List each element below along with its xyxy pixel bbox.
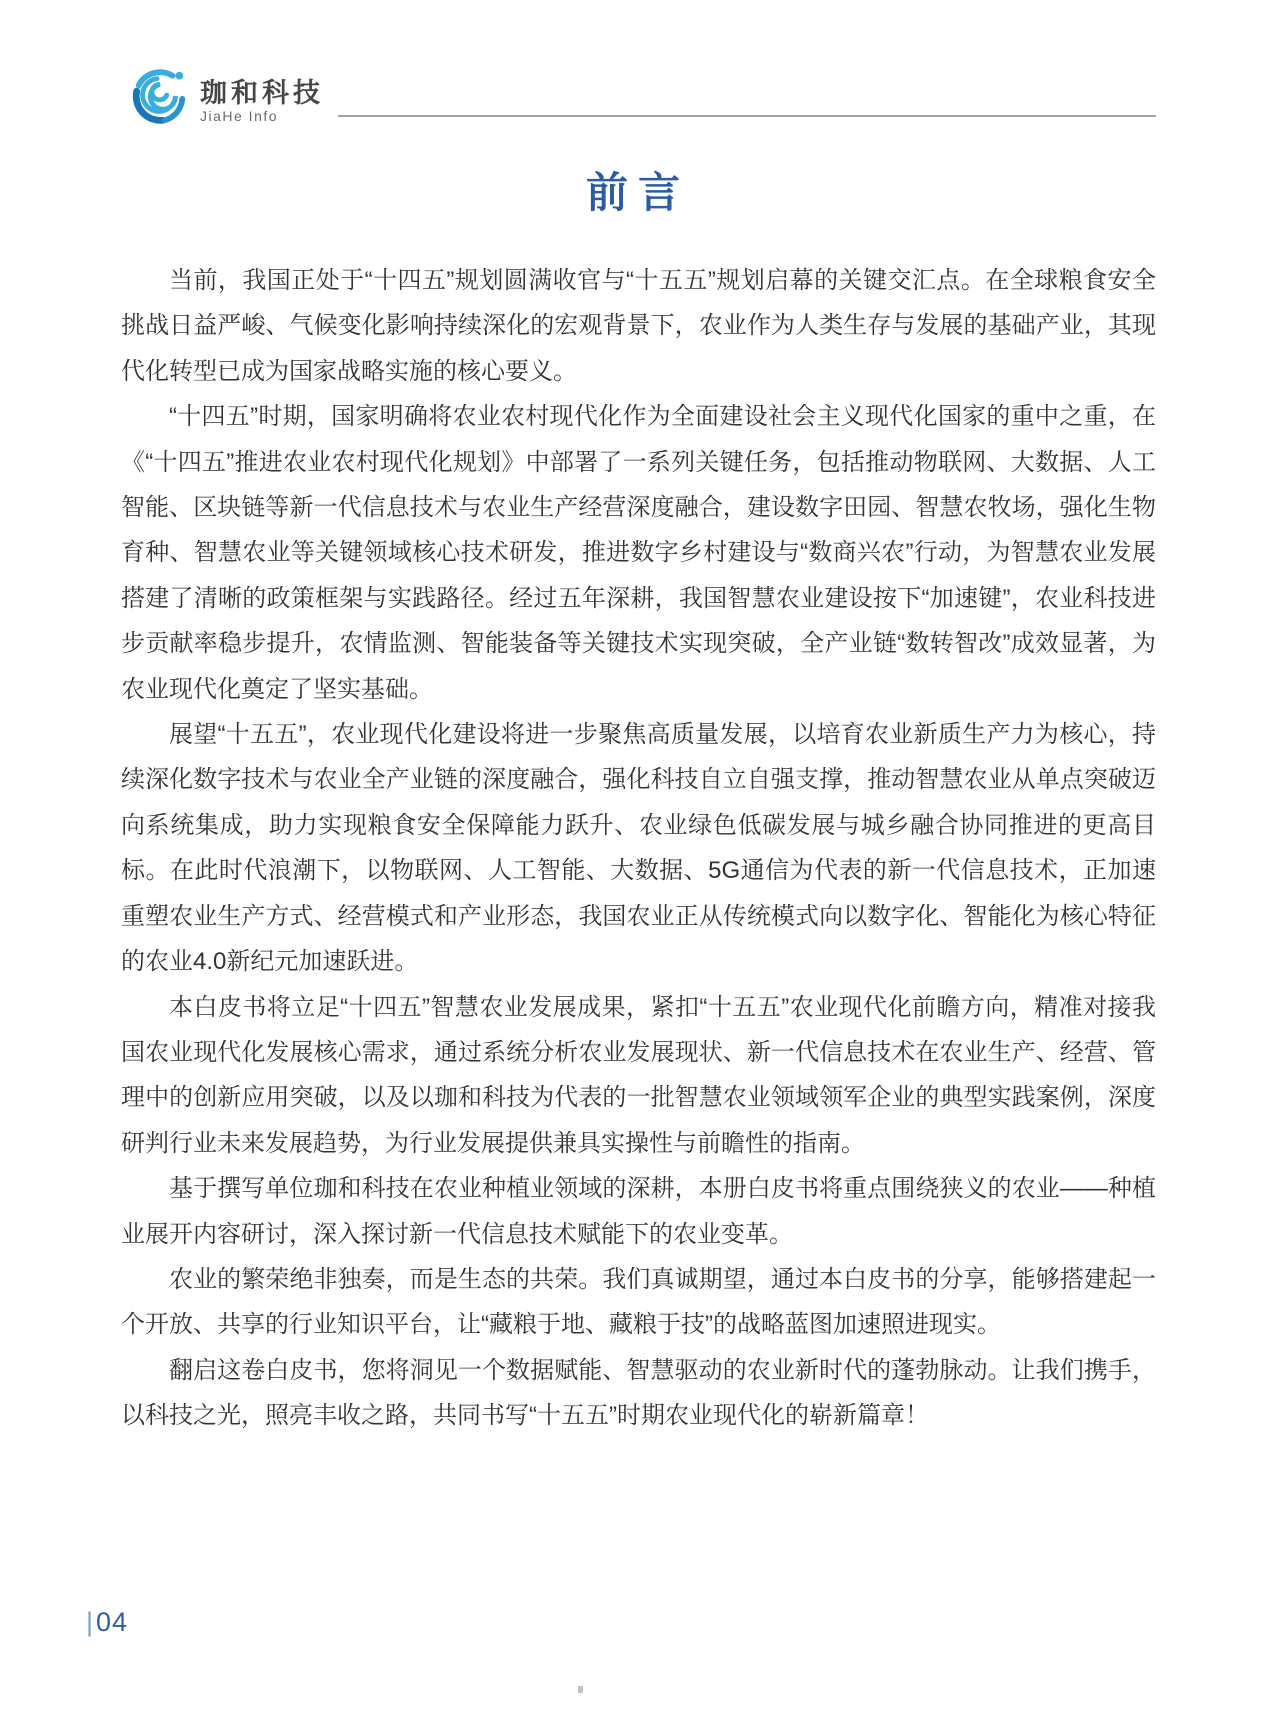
body-paragraph: 当前，我国正处于“十四五”规划圆满收官与“十五五”规划启幕的关键交汇点。在全球粮…: [121, 258, 1156, 394]
page-number-value: 04: [96, 1607, 128, 1637]
page-header: 珈和科技 JiaHe Info: [128, 66, 1156, 128]
logo-swirl-globe-icon: [128, 66, 190, 128]
page-title: 前言: [0, 160, 1276, 220]
page-number: |04: [86, 1607, 128, 1638]
body-paragraph: “十四五”时期，国家明确将农业农村现代化作为全面建设社会主义现代化国家的重中之重…: [121, 394, 1156, 712]
body-paragraph: 基于撰写单位珈和科技在农业种植业领域的深耕，本册白皮书将重点围绕狭义的农业——种…: [121, 1166, 1156, 1257]
body-paragraph: 本白皮书将立足“十四五”智慧农业发展成果，紧扣“十五五”农业现代化前瞻方向，精准…: [121, 985, 1156, 1167]
company-logo: 珈和科技 JiaHe Info: [128, 66, 324, 128]
logo-company-name: 珈和科技: [200, 78, 324, 108]
header-divider-line: [338, 115, 1156, 117]
logo-company-name-en: JiaHe Info: [200, 108, 324, 125]
body-paragraph: 农业的繁荣绝非独奏，而是生态的共荣。我们真诚期望，通过本白皮书的分享，能够搭建起…: [121, 1257, 1156, 1348]
preface-body: 当前，我国正处于“十四五”规划圆满收官与“十五五”规划启幕的关键交汇点。在全球粮…: [121, 258, 1156, 1439]
body-paragraph: 翻启这卷白皮书，您将洞见一个数据赋能、智慧驱动的农业新时代的蓬勃脉动。让我们携手…: [121, 1348, 1156, 1439]
footer-decorative-mark: [578, 1686, 583, 1693]
body-paragraph: 展望“十五五”，农业现代化建设将进一步聚焦高质量发展，以培育农业新质生产力为核心…: [121, 712, 1156, 984]
page-number-bar: |: [86, 1607, 94, 1637]
